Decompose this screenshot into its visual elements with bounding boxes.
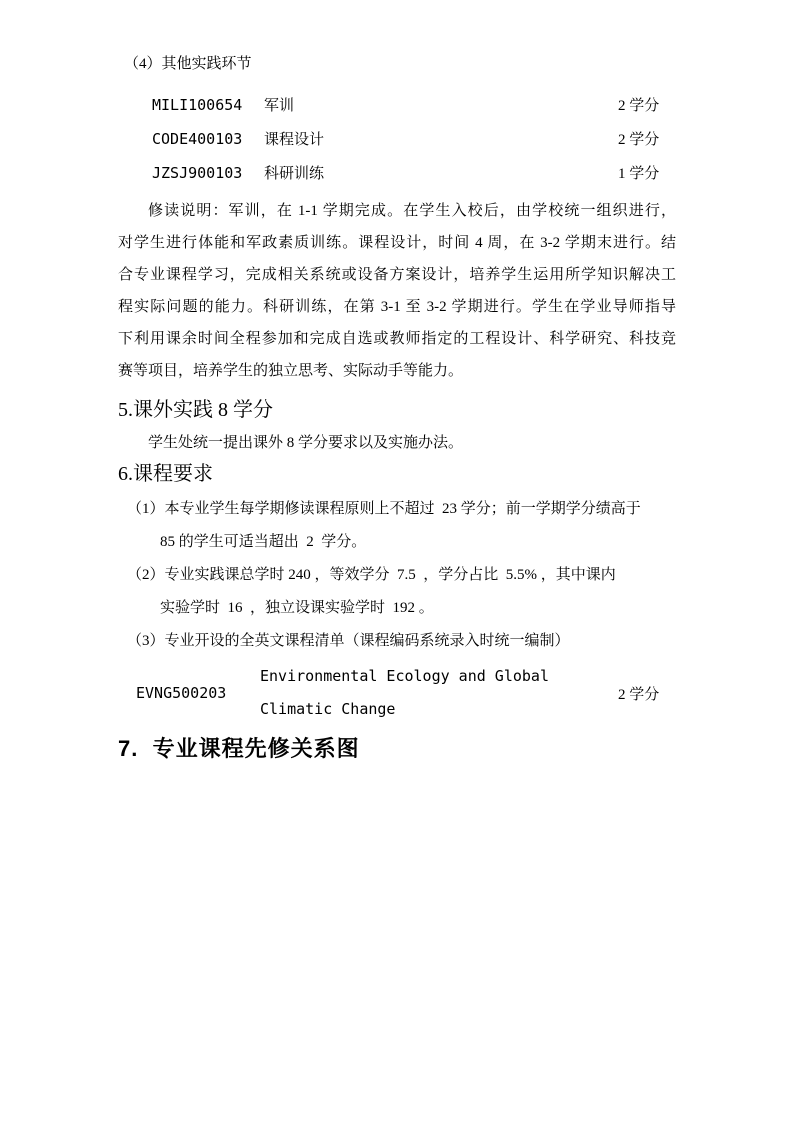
course-code: JZSJ900103 [152,157,264,190]
study-note-paragraph: 修读说明：军训，在 1-1 学期完成。在学生入校后，由学校统一组织进行， 对学生… [118,195,676,387]
requirement-item-3-line: （3）专业开设的全英文课程清单（课程编码系统录入时统一编制） [118,625,676,658]
practice-items-list: MILI100654 军训 2 学分 CODE400103 课程设计 2 学分 … [118,89,676,191]
course-requirements-list: （1）本专业学生每学期修读课程原则上不超过 23 学分；前一学期学分绩高于 85… [118,493,676,658]
course-name-line: Climatic Change [260,693,606,726]
course-code: CODE400103 [152,123,264,156]
section-7-heading: 7. 专业课程先修关系图 [118,734,676,764]
note-line: 程实际问题的能力。科研训练，在第 3-1 至 3-2 学期进行。学生在学业导师指… [118,291,676,323]
note-line: 赛等项目，培养学生的独立思考、实际动手等能力。 [118,355,676,387]
course-name: Environmental Ecology and Global Climati… [260,660,606,726]
note-line: 下利用课余时间全程参加和完成自选或教师指定的工程设计、科学研究、科技竞 [118,323,676,355]
note-line: 修读说明：军训，在 1-1 学期完成。在学生入校后，由学校统一组织进行， [118,195,676,227]
note-line: 合专业课程学习，完成相关系统或设备方案设计，培养学生运用所学知识解决工 [118,259,676,291]
requirement-item-1-line: 85 的学生可适当超出 2 学分。 [118,526,676,559]
practice-row: JZSJ900103 科研训练 1 学分 [118,157,676,191]
course-credits: 2 学分 [618,124,676,157]
course-credits: 1 学分 [618,158,676,191]
requirement-item-2-line: 实验学时 16 ，独立设课实验学时 192 。 [118,592,676,625]
practice-row: MILI100654 军训 2 学分 [118,89,676,123]
note-line: 对学生进行体能和军政素质训练。课程设计，时间 4 周，在 3-2 学期末进行。结 [118,227,676,259]
section-5-body: 学生处统一提出课外 8 学分要求以及实施办法。 [118,427,676,459]
course-name: 军训 [264,90,618,123]
course-code: MILI100654 [152,89,264,122]
english-course-row: EVNG500203 Environmental Ecology and Glo… [118,660,676,726]
section-6-heading: 6.课程要求 [118,460,676,488]
section-5-heading: 5.课外实践 8 学分 [118,396,676,424]
course-credits: 2 学分 [618,683,676,704]
section-4-heading: （4）其他实践环节 [118,52,676,76]
course-name-line: Environmental Ecology and Global [260,660,606,693]
requirement-item-2-line: （2）专业实践课总学时 240 ，等效学分 7.5 ，学分占比 5.5% ，其中… [118,559,676,592]
course-credits: 2 学分 [618,90,676,123]
document-page: （4）其他实践环节 MILI100654 军训 2 学分 CODE400103 … [0,0,794,1123]
course-code: EVNG500203 [136,684,260,702]
requirement-item-1-line: （1）本专业学生每学期修读课程原则上不超过 23 学分；前一学期学分绩高于 [118,493,676,526]
practice-row: CODE400103 课程设计 2 学分 [118,123,676,157]
course-name: 科研训练 [264,158,618,191]
course-name: 课程设计 [264,124,618,157]
